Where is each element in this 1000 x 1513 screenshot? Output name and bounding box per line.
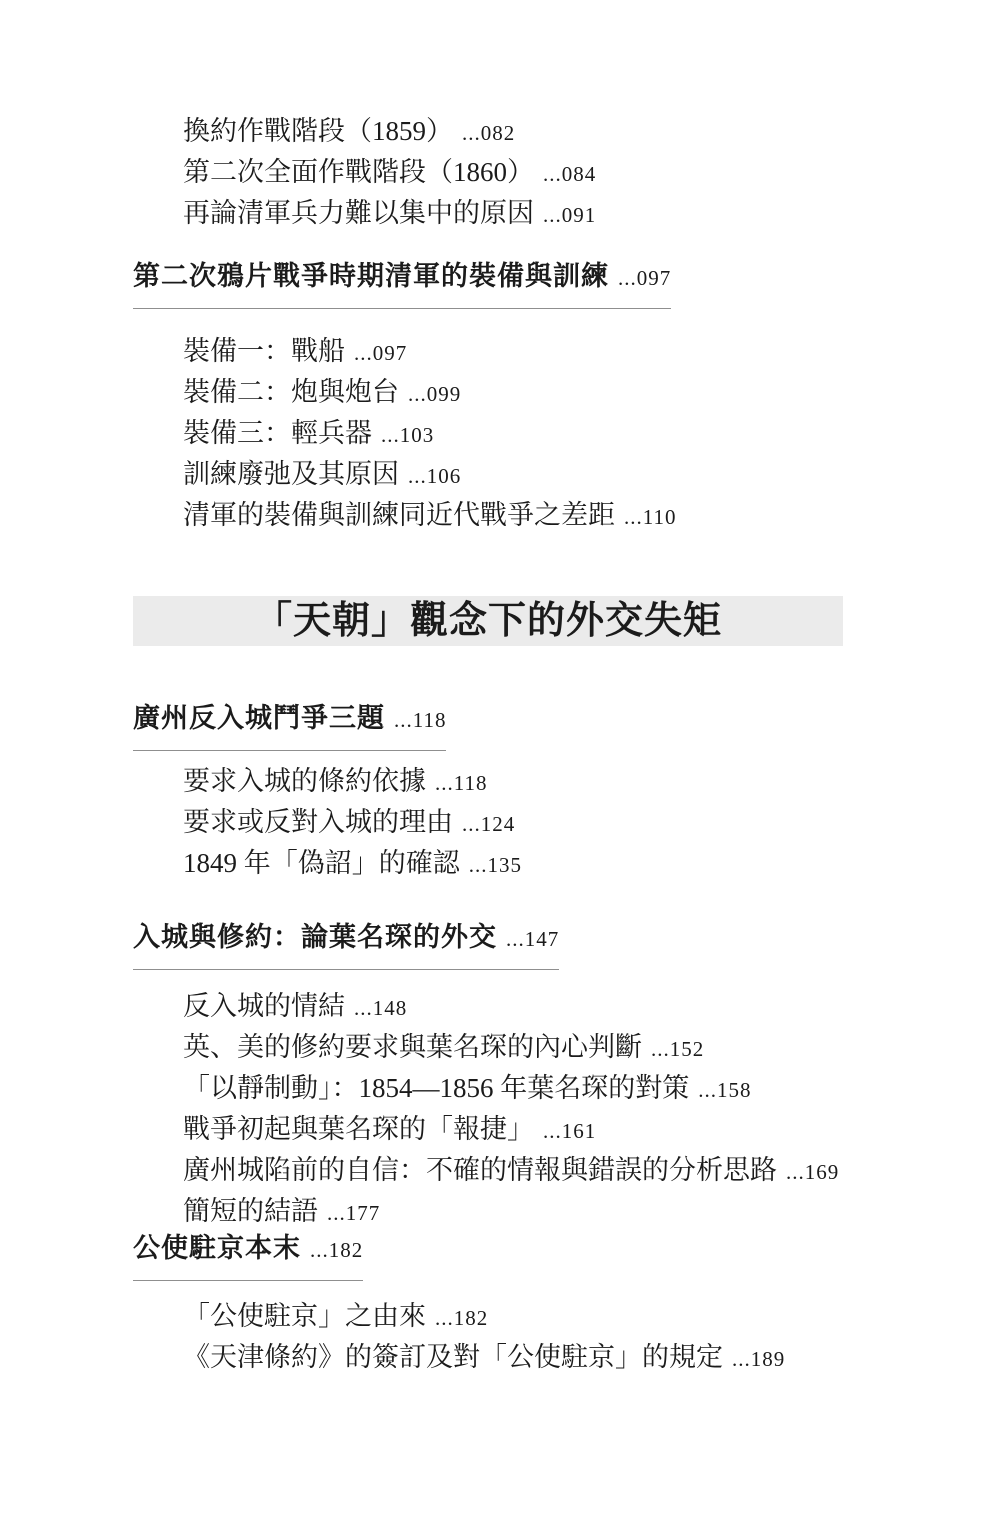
section-heading-title: 入城與修約：論葉名琛的外交 (133, 922, 497, 952)
toc-leader-dots: ... (435, 1306, 454, 1330)
toc-leader-dots: ... (435, 771, 454, 795)
part-title-band: 「天朝」觀念下的外交失矩 (133, 596, 843, 646)
toc-leader-dots: ... (786, 1160, 805, 1184)
toc-entry: 訓練廢弛及其原因...106 (183, 455, 1000, 496)
toc-leader-dots: ... (462, 121, 481, 145)
toc-entry-title: 《天津條約》的簽訂及對「公使駐京」的規定 (183, 1342, 723, 1372)
toc-entry: 換約作戰階段（1859）...082 (183, 112, 1000, 153)
toc-entry-title: 清軍的裝備與訓練同近代戰爭之差距 (183, 500, 615, 530)
toc-entry-title: 1849 年「偽詔」的確認 (183, 848, 460, 878)
toc-entry-title: 要求或反對入城的理由 (183, 807, 453, 837)
section-heading-title: 廣州反入城鬥爭三題 (133, 703, 385, 733)
toc-entry: 1849 年「偽詔」的確認...135 (183, 844, 1000, 885)
toc-entry: 裝備二：炮與炮台...099 (183, 373, 1000, 414)
part-title: 「天朝」觀念下的外交失矩 (133, 596, 843, 646)
toc-entry-page: 158 (717, 1078, 752, 1102)
toc-entry: 「公使駐京」之由來...182 (183, 1297, 1000, 1338)
toc-entry-page: 152 (670, 1037, 705, 1061)
toc-entry-title: 反入城的情結 (183, 991, 345, 1021)
toc-entry: 簡短的結語...177 (183, 1192, 1000, 1233)
section-group: 「公使駐京」之由來...182 《天津條約》的簽訂及對「公使駐京」的規定...1… (183, 1297, 1000, 1379)
toc-entry-title: 英、美的修約要求與葉名琛的內心判斷 (183, 1032, 642, 1062)
toc-leader-dots: ... (354, 341, 373, 365)
toc-leader-dots: ... (408, 382, 427, 406)
toc-leader-dots: ... (624, 505, 643, 529)
toc-leader-dots: ... (543, 162, 562, 186)
toc-entry-page: 084 (562, 162, 597, 186)
toc-entry-page: 110 (643, 505, 677, 529)
section-heading: 廣州反入城鬥爭三題...118 (133, 703, 446, 751)
toc-entry-page: 099 (427, 382, 462, 406)
toc-entry-page: 082 (481, 121, 516, 145)
toc-leader-dots: ... (381, 423, 400, 447)
toc-entry-page: 103 (400, 423, 435, 447)
toc-entry: 第二次全面作戰階段（1860）...084 (183, 153, 1000, 194)
toc-leader-dots: ... (698, 1078, 717, 1102)
section-heading-row: 廣州反入城鬥爭三題...118 (133, 703, 1000, 751)
toc-entry-page: 124 (481, 812, 516, 836)
toc-entry-title: 第二次全面作戰階段（1860） (183, 157, 534, 187)
toc-entry-title: 廣州城陷前的自信：不確的情報與錯誤的分析思路 (183, 1155, 777, 1185)
section-heading-row: 第二次鴉片戰爭時期清軍的裝備與訓練...097 (133, 261, 1000, 309)
toc-leader-dots: ... (651, 1037, 670, 1061)
toc-entry-page: 106 (427, 464, 462, 488)
section-heading: 第二次鴉片戰爭時期清軍的裝備與訓練...097 (133, 261, 671, 309)
toc-entry: 裝備一：戰船...097 (183, 332, 1000, 373)
section-heading-row: 入城與修約：論葉名琛的外交...147 (133, 922, 1000, 970)
toc-entry: 英、美的修約要求與葉名琛的內心判斷...152 (183, 1028, 1000, 1069)
toc-entry: 反入城的情結...148 (183, 987, 1000, 1028)
toc-entry: 廣州城陷前的自信：不確的情報與錯誤的分析思路...169 (183, 1151, 1000, 1192)
toc-entry-title: 「以靜制動」：1854—1856 年葉名琛的對策 (183, 1073, 689, 1103)
toc-entry: 戰爭初起與葉名琛的「報捷」...161 (183, 1110, 1000, 1151)
toc-leader-dots: ... (732, 1347, 751, 1371)
toc-entry-title: 要求入城的條約依據 (183, 766, 426, 796)
section-heading-page: 118 (413, 708, 447, 732)
section-heading-page: 097 (637, 266, 672, 290)
toc-entry-page: 182 (454, 1306, 489, 1330)
toc-entry: 《天津條約》的簽訂及對「公使駐京」的規定...189 (183, 1338, 1000, 1379)
toc-entry-page: 118 (454, 771, 488, 795)
toc-leader-dots: ... (543, 203, 562, 227)
toc-leader-dots: ... (327, 1201, 346, 1225)
toc-entry-title: 裝備二：炮與炮台 (183, 377, 399, 407)
section-heading-page: 182 (329, 1238, 364, 1262)
section-heading-title: 第二次鴉片戰爭時期清軍的裝備與訓練 (133, 261, 609, 291)
toc-entry-title: 簡短的結語 (183, 1196, 318, 1226)
toc-entry-page: 091 (562, 203, 597, 227)
section-heading: 公使駐京本末...182 (133, 1233, 363, 1281)
toc-entry-title: 裝備一：戰船 (183, 336, 345, 366)
toc-leader-dots: ... (618, 266, 637, 290)
toc-leader-dots: ... (408, 464, 427, 488)
toc-entry-title: 訓練廢弛及其原因 (183, 459, 399, 489)
toc-entry: 要求或反對入城的理由...124 (183, 803, 1000, 844)
section-heading: 入城與修約：論葉名琛的外交...147 (133, 922, 559, 970)
toc-leader-dots: ... (506, 927, 525, 951)
toc-intro-group: 換約作戰階段（1859）...082 第二次全面作戰階段（1860）...084… (183, 112, 1000, 235)
toc-entry-page: 161 (562, 1119, 597, 1143)
toc-leader-dots: ... (354, 996, 373, 1020)
toc-entry-title: 裝備三：輕兵器 (183, 418, 372, 448)
toc-leader-dots: ... (394, 708, 413, 732)
toc-entry-title: 換約作戰階段（1859） (183, 116, 453, 146)
toc-entry-page: 189 (751, 1347, 786, 1371)
toc-entry-title: 再論清軍兵力難以集中的原因 (183, 198, 534, 228)
toc-leader-dots: ... (469, 853, 488, 877)
toc-entry-page: 135 (488, 853, 523, 877)
toc-page: 換約作戰階段（1859）...082 第二次全面作戰階段（1860）...084… (0, 0, 1000, 1513)
toc-entry: 「以靜制動」：1854—1856 年葉名琛的對策...158 (183, 1069, 1000, 1110)
section-heading-title: 公使駐京本末 (133, 1233, 301, 1263)
toc-entry: 再論清軍兵力難以集中的原因...091 (183, 194, 1000, 235)
section-group: 要求入城的條約依據...118 要求或反對入城的理由...124 1849 年「… (183, 762, 1000, 885)
toc-entry-page: 169 (805, 1160, 840, 1184)
toc-leader-dots: ... (543, 1119, 562, 1143)
section-group: 反入城的情結...148 英、美的修約要求與葉名琛的內心判斷...152 「以靜… (183, 987, 1000, 1233)
toc-entry: 清軍的裝備與訓練同近代戰爭之差距...110 (183, 496, 1000, 537)
toc-leader-dots: ... (310, 1238, 329, 1262)
toc-leader-dots: ... (462, 812, 481, 836)
toc-entry-title: 「公使駐京」之由來 (183, 1301, 426, 1331)
toc-entry: 裝備三：輕兵器...103 (183, 414, 1000, 455)
toc-entry-title: 戰爭初起與葉名琛的「報捷」 (183, 1114, 534, 1144)
toc-entry: 要求入城的條約依據...118 (183, 762, 1000, 803)
toc-entry-page: 148 (373, 996, 408, 1020)
section-heading-row: 公使駐京本末...182 (133, 1233, 1000, 1281)
toc-entry-page: 097 (373, 341, 408, 365)
section-heading-page: 147 (525, 927, 560, 951)
section-group: 裝備一：戰船...097 裝備二：炮與炮台...099 裝備三：輕兵器...10… (183, 332, 1000, 537)
toc-entry-page: 177 (346, 1201, 381, 1225)
